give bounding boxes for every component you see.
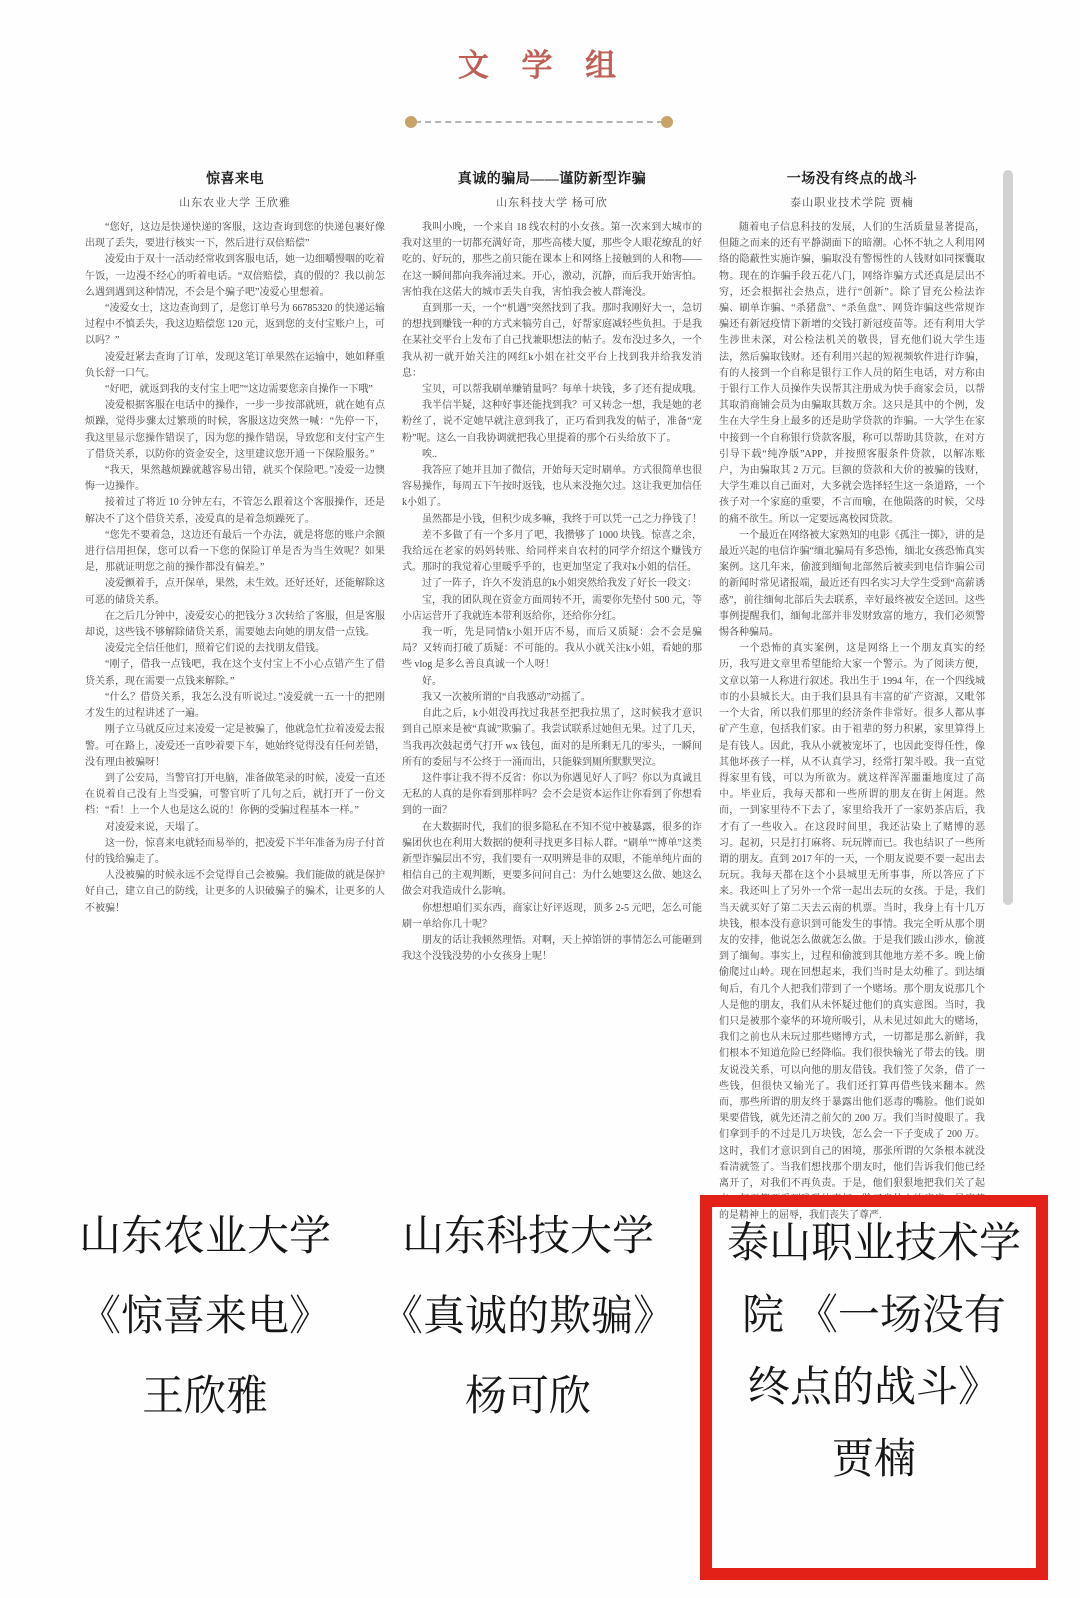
essay-paragraph: 好。 [402, 674, 702, 690]
essay-body: 我叫小晚，一个来自 18 线农村的小女孩。第一次来到大城市的我对这里的一切都充满… [402, 220, 702, 965]
essay-paragraph: 这件事让我不得不反省：你以为你遇见好人了吗？你以为真诚且无私的人真的是你看到那样… [402, 771, 702, 820]
caption-shandong-agricultural: 山东农业大学 《惊喜来电》 王欣雅 [40, 1196, 370, 1436]
essay-paragraph: 我又一次被所谓的“自我感动”动摇了。 [402, 690, 702, 706]
caption-shandong-keji: 山东科技大学 《真诚的欺骗》 杨可欣 [363, 1196, 693, 1436]
essay-paragraph: 你想想咱们买东西，商家让好评返现，顶多 2-5 元吧，怎么可能刷一单给你几十呢？ [402, 901, 702, 933]
essay-byline: 山东农业大学 王欣雅 [85, 194, 385, 210]
essay-paragraph: 凌爱根据客服在电话中的操作，一步一步按部就班，就在她有点烦躁，觉得步骤太过繁琐的… [85, 398, 385, 463]
essay-title: 一场没有终点的战斗 [719, 168, 985, 188]
essay-byline: 山东科技大学 杨可欣 [402, 194, 702, 210]
caption-line: 《一场没有终点的战斗》 [748, 1291, 1006, 1410]
essay-paragraph: 唉.. [402, 447, 702, 463]
essay-title: 真诚的骗局——谨防新型诈骗 [402, 168, 702, 188]
group-title: 文 学 组 [0, 40, 1080, 85]
caption-taishan-highlighted-box: 泰山职业技术学院 《一场没有终点的战斗》 贾楠 [700, 1195, 1048, 1580]
essay-paragraph: “凌爱女士，这边查询到了，是您订单号为 66785320 的快递运输过程中不慎丢… [85, 301, 385, 350]
caption-line: 王欣雅 [40, 1356, 370, 1436]
essay-paragraph: 朋友的话让我顿然理悟。对啊，天上掉馅饼的事情怎么可能砸到我这个没钱没势的小女孩身… [402, 933, 702, 965]
caption-line: 《真诚的欺骗》 [363, 1276, 693, 1356]
essay-paragraph: 刚子立马就反应过来凌爱一定是被骗了，他就急忙拉着凌爱去报警。可在路上，凌爱还一直… [85, 722, 385, 771]
essay-title: 惊喜来电 [85, 168, 385, 188]
essay-column-1: 惊喜来电 山东农业大学 王欣雅 “您好，这边是快递快递的客服，这边查询到您的快递… [85, 168, 385, 1225]
essay-paragraph: “您好，这边是快递快递的客服，这边查询到您的快递包裹好像出现了丢失，要进行核实一… [85, 220, 385, 252]
essay-paragraph: 这一份，惊喜来电就轻而易举的，把凌爱下半年准备为房子付首付的钱给骗走了。 [85, 836, 385, 868]
essay-paragraph: 直到那一天，一个“机遇”突然找到了我。那时我刚好大一，急切的想找到赚钱一种的方式… [402, 301, 702, 382]
essay-paragraph: 人没被骗的时候永远不会觉得自己会被骗。我们能做的就是保护好自己，建立自己的防线，… [85, 868, 385, 917]
essay-paragraph: 自此之后，k小姐没再找过我甚至把我拉黑了，这时候我才意识到自己原来是被“真诚”欺… [402, 706, 702, 771]
divider-dashed-line [415, 121, 663, 123]
essay-paragraph: 接着过了将近 10 分钟左右，不管怎么跟着这个客服操作，还是解决不了这个借贷关系… [85, 495, 385, 527]
essay-body: 随着电子信息科技的发展，人们的生活质量显著提高，但随之而来的还有平静湖面下的暗潮… [719, 220, 985, 1225]
essay-paragraph: “好吧，就返到我的支付宝上吧”“这边需要您亲自操作一下哦” [85, 382, 385, 398]
essay-paragraph: 宝，我的团队现在资金方面周转不开，需要你先垫付 500 元，等小店运营开了我就连… [402, 593, 702, 625]
essay-columns: 惊喜来电 山东农业大学 王欣雅 “您好，这边是快递快递的客服，这边查询到您的快递… [85, 168, 985, 1225]
essay-paragraph: 一个恐怖的真实案例，这是网络上一个朋友真实的经历，我写进文章里希望能给大家一个警… [719, 641, 985, 1224]
caption-line: 山东农业大学 [40, 1196, 370, 1276]
essay-body: “您好，这边是快递快递的客服，这边查询到您的快递包裹好像出现了丢失，要进行核实一… [85, 220, 385, 917]
essay-paragraph: 在大数据时代，我们的很多隐私在不知不觉中被暴露，很多的诈骗团伙也在利用大数据的便… [402, 820, 702, 901]
caption-line: 杨可欣 [363, 1356, 693, 1436]
header-divider [409, 116, 669, 128]
essay-paragraph: 凌爱完全信任他们，照着它们说的去找朋友借钱。 [85, 641, 385, 657]
essay-paragraph: 我半信半疑，这种好事还能找到我？可又转念一想，我是她的老粉丝了，说不定她早就注意… [402, 398, 702, 447]
divider-dot-right [661, 116, 673, 128]
essay-paragraph: 我一听，先是同情k小姐开店不易，而后又质疑：会不会是骗局？又转而打破了质疑：不可… [402, 625, 702, 674]
essay-byline: 泰山职业技术学院 贾楠 [719, 194, 985, 210]
essay-paragraph: “我天，果然越烦躁就越容易出错，就买个保险吧。”凌爱一边懊悔一边操作。 [85, 463, 385, 495]
essay-paragraph: “您先不要着急，这边还有最后一个办法，就是将您的账户余额进行信用担保，您可以看一… [85, 528, 385, 577]
divider-dot-left [405, 116, 417, 128]
essay-paragraph: “什么？借贷关系，我怎么没有听说过。”凌爱就一五一十的把刚才发生的过程讲述了一遍… [85, 690, 385, 722]
essay-paragraph: 一个最近在网络被大家熟知的电影《孤注一掷》，讲的是最近兴起的电信诈骗“缅北骗局有… [719, 528, 985, 641]
page: 文 学 组 惊喜来电 山东农业大学 王欣雅 “您好，这边是快递快递的客服，这边查… [0, 0, 1080, 1598]
essay-paragraph: “刚子，借我一点钱吧，我在这个支付宝上不小心点错产生了借贷关系，现在需要一点钱来… [85, 657, 385, 689]
caption-line: 贾楠 [832, 1435, 916, 1482]
essay-paragraph: 凌爱由于双十一活动经常收到客服电话，她一边细嚼慢咽的吃着午饭，一边漫不经心的听着… [85, 252, 385, 301]
essay-paragraph: 过了一阵子，许久不发消息的k小姐突然给我发了好长一段文： [402, 576, 702, 592]
caption-line: 山东科技大学 [363, 1196, 693, 1276]
essay-paragraph: 对凌爱来说，天塌了。 [85, 820, 385, 836]
essay-column-3: 一场没有终点的战斗 泰山职业技术学院 贾楠 随着电子信息科技的发展，人们的生活质… [719, 168, 985, 1225]
caption-line: 《惊喜来电》 [40, 1276, 370, 1356]
essay-paragraph: 差不多做了有一个多月了吧，我攒够了 1000 块钱。惊喜之余，我给远在老家的妈妈… [402, 528, 702, 577]
essay-paragraph: 宝贝，可以帮我刷单赚销量吗？每单十块钱，多了还有提成哦。 [402, 382, 702, 398]
essay-paragraph: 我答应了她并且加了微信，开始每天定时刷单。方式很简单也很容易操作，每周五下午按时… [402, 463, 702, 512]
essay-paragraph: 到了公安局，当警官打开电脑，准备做笔录的时候，凌爱一直还在说着自己没有上当受骗，… [85, 771, 385, 820]
essay-paragraph: 随着电子信息科技的发展，人们的生活质量显著提高，但随之而来的还有平静湖面下的暗潮… [719, 220, 985, 528]
scrollbar-thumb[interactable] [1003, 170, 1013, 905]
essay-paragraph: 在之后几分钟中，凌爱安心的把钱分 3 次转给了客服，但是客服却说，这些钱不够解除… [85, 609, 385, 641]
essay-paragraph: 我叫小晚，一个来自 18 线农村的小女孩。第一次来到大城市的我对这里的一切都充满… [402, 220, 702, 301]
essay-paragraph: 虽然都是小钱，但积少成多嘛，我终于可以凭一己之力挣钱了！ [402, 512, 702, 528]
essay-paragraph: 凌爱颤着手，点开保单，果然，未生效。还好还好，还能解除这可恶的储贷关系。 [85, 576, 385, 608]
essay-column-2: 真诚的骗局——谨防新型诈骗 山东科技大学 杨可欣 我叫小晚，一个来自 18 线农… [402, 168, 702, 1225]
essay-paragraph: 凌爱赶紧去查询了订单，发现这笔订单果然在运输中，她如释重负长舒一口气。 [85, 350, 385, 382]
section-header: 文 学 组 [0, 0, 1080, 85]
